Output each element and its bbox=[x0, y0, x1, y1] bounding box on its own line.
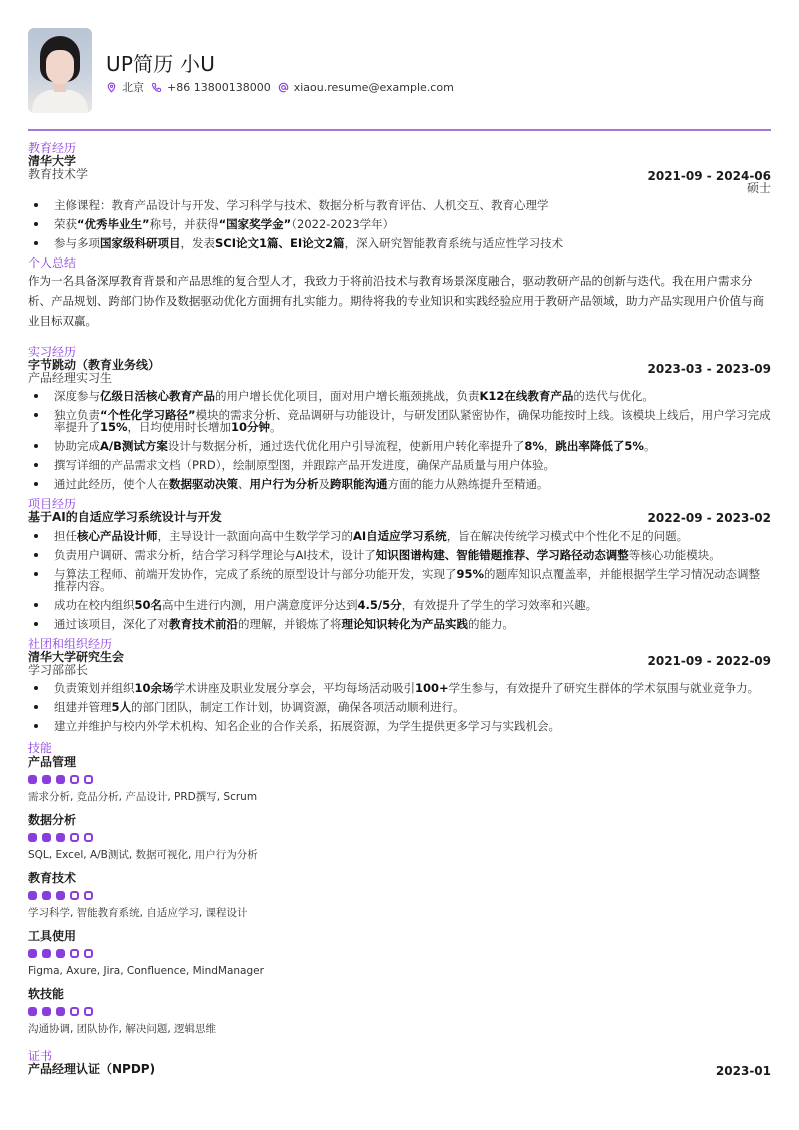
internship-section: 实习经历 字节跳动（教育业务线） 产品经理实习生 2023-03 - 2023-… bbox=[28, 345, 771, 490]
job-role: 产品经理实习生 bbox=[28, 372, 160, 385]
empty-dot-icon bbox=[84, 949, 93, 958]
internship-entry-head: 字节跳动（教育业务线） 产品经理实习生 2023-03 - 2023-09 bbox=[28, 359, 771, 385]
empty-dot-icon bbox=[70, 1007, 79, 1016]
map-pin-icon bbox=[106, 82, 117, 93]
contact-row: 北京 +86 13800138000 xiaou.resume@example.… bbox=[106, 79, 461, 95]
filled-dot-icon bbox=[28, 833, 37, 842]
bullet-item: 负责策划并组织10余场学术讲座及职业发展分享会，平均每场活动吸引100+学生参与… bbox=[28, 682, 771, 694]
organization-role: 学习部部长 bbox=[28, 664, 124, 677]
section-title-skills: 技能 bbox=[28, 741, 771, 755]
education-bullets: 主修课程：教育产品设计与开发、学习科学与技术、数据分析与教育评估、人机交互、教育… bbox=[28, 199, 771, 249]
bullet-item: 担任核心产品设计师，主导设计一款面向高中生数学学习的AI自适应学习系统，旨在解决… bbox=[28, 530, 771, 542]
filled-dot-icon bbox=[56, 1007, 65, 1016]
summary-section: 个人总结 作为一名具备深厚教育背景和产品思维的复合型人才，我致力于将前沿技术与教… bbox=[28, 256, 771, 331]
skills-section: 技能 产品管理需求分析, 竞品分析, 产品设计, PRD撰写, Scrum数据分… bbox=[28, 741, 771, 1036]
skill-keywords: SQL, Excel, A/B测试, 数据可视化, 用户行为分析 bbox=[28, 849, 771, 862]
resume-body: 教育经历 清华大学 教育技术学 2021-09 - 2024-06 硕士 主修课… bbox=[28, 141, 771, 1078]
bullet-item: 深度参与亿级日活核心教育产品的用户增长优化项目，面对用户增长瓶颈挑战，负责K12… bbox=[28, 390, 771, 402]
certificate-name: 产品经理认证（NPDP) bbox=[28, 1063, 155, 1076]
skill-level-rating bbox=[28, 949, 771, 959]
phone-icon bbox=[151, 82, 162, 93]
skill-level-rating bbox=[28, 891, 771, 901]
skill-item: 产品管理需求分析, 竞品分析, 产品设计, PRD撰写, Scrum bbox=[28, 755, 771, 804]
resume-header: UP简历 小U 北京 +86 13800138000 xiaou.resume@… bbox=[28, 28, 773, 114]
organization-bullets: 负责策划并组织10余场学术讲座及职业发展分享会，平均每场活动吸引100+学生参与… bbox=[28, 682, 771, 732]
filled-dot-icon bbox=[42, 949, 51, 958]
education-entry-head: 清华大学 教育技术学 2021-09 - 2024-06 硕士 bbox=[28, 155, 771, 194]
location-text: 北京 bbox=[122, 79, 144, 95]
phone-text: +86 13800138000 bbox=[167, 81, 271, 94]
filled-dot-icon bbox=[28, 891, 37, 900]
bullet-item: 通过此经历，使个人在数据驱动决策、用户行为分析及跨职能沟通方面的能力从熟练提升至… bbox=[28, 478, 771, 490]
avatar-photo bbox=[28, 28, 92, 113]
skill-keywords: 需求分析, 竞品分析, 产品设计, PRD撰写, Scrum bbox=[28, 791, 771, 804]
skill-level-rating bbox=[28, 1007, 771, 1017]
contact-location: 北京 bbox=[106, 79, 144, 95]
bullet-item: 成功在校内组织50名高中生进行内测，用户满意度评分达到4.5/5分，有效提升了学… bbox=[28, 599, 771, 611]
empty-dot-icon bbox=[84, 775, 93, 784]
skill-keywords: Figma, Axure, Jira, Confluence, MindMana… bbox=[28, 965, 771, 978]
empty-dot-icon bbox=[70, 833, 79, 842]
filled-dot-icon bbox=[56, 891, 65, 900]
organization-entry-head: 清华大学研究生会 学习部部长 2021-09 - 2022-09 bbox=[28, 651, 771, 677]
bullet-item: 参与多项国家级科研项目，发表SCI论文1篇、EI论文2篇，深入研究智能教育系统与… bbox=[28, 237, 771, 249]
filled-dot-icon bbox=[56, 775, 65, 784]
empty-dot-icon bbox=[84, 833, 93, 842]
candidate-name: UP简历 小U bbox=[106, 48, 215, 77]
skill-item: 工具使用Figma, Axure, Jira, Confluence, Mind… bbox=[28, 929, 771, 978]
project-date: 2022-09 - 2023-02 bbox=[648, 511, 772, 525]
header-divider bbox=[28, 129, 771, 131]
bullet-item: 负责用户调研、需求分析，结合学习科学理论与AI技术，设计了知识图谱构建、智能错题… bbox=[28, 549, 771, 561]
empty-dot-icon bbox=[70, 949, 79, 958]
organization-section: 社团和组织经历 清华大学研究生会 学习部部长 2021-09 - 2022-09… bbox=[28, 637, 771, 732]
skill-name: 软技能 bbox=[28, 987, 771, 1002]
filled-dot-icon bbox=[42, 775, 51, 784]
skill-item: 教育技术学习科学, 智能教育系统, 自适应学习, 课程设计 bbox=[28, 871, 771, 920]
filled-dot-icon bbox=[42, 891, 51, 900]
filled-dot-icon bbox=[56, 833, 65, 842]
filled-dot-icon bbox=[42, 833, 51, 842]
bullet-item: 组建并管理5人的部门团队，制定工作计划，协调资源，确保各项活动顺利进行。 bbox=[28, 701, 771, 713]
bullet-item: 与算法工程师、前端开发协作，完成了系统的原型设计与部分功能开发，实现了95%的题… bbox=[28, 568, 771, 592]
skill-level-rating bbox=[28, 833, 771, 843]
bullet-item: 荣获“优秀毕业生”称号，并获得“国家奖学金”（2022-2023学年） bbox=[28, 218, 771, 230]
contact-phone: +86 13800138000 bbox=[151, 81, 271, 94]
empty-dot-icon bbox=[84, 891, 93, 900]
section-title-organization: 社团和组织经历 bbox=[28, 637, 771, 651]
empty-dot-icon bbox=[84, 1007, 93, 1016]
skill-name: 产品管理 bbox=[28, 755, 771, 770]
skill-name: 数据分析 bbox=[28, 813, 771, 828]
email-link[interactable]: xiaou.resume@example.com bbox=[294, 81, 454, 94]
bullet-item: 独立负责“个性化学习路径”模块的需求分析、竞品调研与功能设计，与研发团队紧密协作… bbox=[28, 409, 771, 433]
skills-list: 产品管理需求分析, 竞品分析, 产品设计, PRD撰写, Scrum数据分析SQ… bbox=[28, 755, 771, 1036]
filled-dot-icon bbox=[28, 775, 37, 784]
certificate-item: 产品经理认证（NPDP) 2023-01 bbox=[28, 1063, 771, 1078]
summary-text: 作为一名具备深厚教育背景和产品思维的复合型人才，我致力于将前沿技术与教育场景深度… bbox=[28, 271, 771, 331]
certificate-date: 2023-01 bbox=[716, 1063, 771, 1078]
skill-keywords: 学习科学, 智能教育系统, 自适应学习, 课程设计 bbox=[28, 907, 771, 920]
project-section: 项目经历 基于AI的自适应学习系统设计与开发 2022-09 - 2023-02… bbox=[28, 497, 771, 630]
section-title-certificates: 证书 bbox=[28, 1049, 771, 1063]
section-title-education: 教育经历 bbox=[28, 141, 771, 155]
organization-date: 2021-09 - 2022-09 bbox=[648, 651, 772, 668]
project-name: 基于AI的自适应学习系统设计与开发 bbox=[28, 511, 222, 524]
skill-item: 数据分析SQL, Excel, A/B测试, 数据可视化, 用户行为分析 bbox=[28, 813, 771, 862]
skill-name: 教育技术 bbox=[28, 871, 771, 886]
section-title-internship: 实习经历 bbox=[28, 345, 771, 359]
bullet-item: 通过该项目，深化了对教育技术前沿的理解，并锻炼了将理论知识转化为产品实践的能力。 bbox=[28, 618, 771, 630]
skill-item: 软技能沟通协调, 团队协作, 解决问题, 逻辑思维 bbox=[28, 987, 771, 1036]
filled-dot-icon bbox=[56, 949, 65, 958]
filled-dot-icon bbox=[28, 949, 37, 958]
filled-dot-icon bbox=[42, 1007, 51, 1016]
filled-dot-icon bbox=[28, 1007, 37, 1016]
project-entry-head: 基于AI的自适应学习系统设计与开发 2022-09 - 2023-02 bbox=[28, 511, 771, 525]
bullet-item: 撰写详细的产品需求文档（PRD），绘制原型图，并跟踪产品开发进度，确保产品质量与… bbox=[28, 459, 771, 471]
skill-name: 工具使用 bbox=[28, 929, 771, 944]
at-sign-icon bbox=[278, 82, 289, 93]
major: 教育技术学 bbox=[28, 168, 88, 181]
bullet-item: 协助完成A/B测试方案设计与数据分析，通过迭代优化用户引导流程，使新用户转化率提… bbox=[28, 440, 771, 452]
certificates-section: 证书 产品经理认证（NPDP) 2023-01 bbox=[28, 1049, 771, 1078]
project-bullets: 担任核心产品设计师，主导设计一款面向高中生数学学习的AI自适应学习系统，旨在解决… bbox=[28, 530, 771, 630]
empty-dot-icon bbox=[70, 891, 79, 900]
section-title-summary: 个人总结 bbox=[28, 256, 771, 270]
bullet-item: 建立并维护与校内外学术机构、知名企业的合作关系，拓展资源，为学生提供更多学习与实… bbox=[28, 720, 771, 732]
skill-level-rating bbox=[28, 775, 771, 785]
empty-dot-icon bbox=[70, 775, 79, 784]
section-title-project: 项目经历 bbox=[28, 497, 771, 511]
contact-email[interactable]: xiaou.resume@example.com bbox=[278, 81, 454, 94]
internship-date: 2023-03 - 2023-09 bbox=[648, 359, 772, 376]
bullet-item: 主修课程：教育产品设计与开发、学习科学与技术、数据分析与教育评估、人机交互、教育… bbox=[28, 199, 771, 211]
education-section: 教育经历 清华大学 教育技术学 2021-09 - 2024-06 硕士 主修课… bbox=[28, 141, 771, 249]
internship-bullets: 深度参与亿级日活核心教育产品的用户增长优化项目，面对用户增长瓶颈挑战，负责K12… bbox=[28, 390, 771, 490]
degree: 硕士 bbox=[648, 183, 772, 194]
skill-keywords: 沟通协调, 团队协作, 解决问题, 逻辑思维 bbox=[28, 1023, 771, 1036]
